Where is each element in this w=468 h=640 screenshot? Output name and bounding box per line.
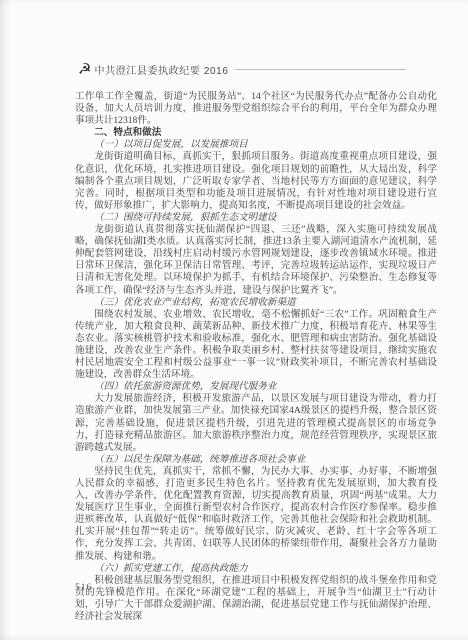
header-title: 中共澄江县委执政纪要 2016: [94, 62, 228, 77]
paragraph: 围绕农村发展、农业增效、农民增收，毫不松懈抓好“三农”工作。巩固粮食生产传统产业…: [75, 309, 437, 382]
paragraph: 龙街街道认真贯彻落实抚仙湖保护“四退、三还”战略，深入实施可持续发展战略，确保抚…: [75, 224, 437, 297]
subsection-heading-5: （五）以民生保障为基础，统筹推进各项社会事业: [75, 454, 437, 466]
paragraph-continued: 工作单工作全覆盖，街道“为民服务站”、14个社区“为民服务代办点”配备办公自动化…: [75, 91, 437, 127]
page-header: ☭ 中共澄江县委执政纪要 2016: [78, 60, 406, 78]
page-number: 516: [75, 583, 92, 593]
paragraph: 大力发展旅游经济，积极开发旅游产品，以景区发展与项目建设为带动，着力打造旅游产业…: [75, 393, 437, 453]
paragraph: 积极创建基层服务型党组织，在推进项目中积极发挥党组织的战斗堡垒作用和党员的先锋模…: [75, 575, 437, 623]
section-heading: 二、特点和做法: [75, 127, 437, 139]
page-footer: 516: [75, 583, 92, 593]
header-rule: [235, 69, 406, 70]
page-body: 工作单工作全覆盖，街道“为民服务站”、14个社区“为民服务代办点”配备办公自动化…: [75, 91, 437, 623]
subsection-heading-1: （一）以项目促发展，以发展推项目: [75, 139, 437, 151]
paragraph: 龙街街道明确目标，真抓实干，狠抓项目服务。街道高度重视重点项目建设，强化意识，优…: [75, 151, 437, 211]
subsection-heading-3: （三）优化农业产业结构，拓宽农民增收新渠道: [75, 297, 437, 309]
book-page: ☭ 中共澄江县委执政纪要 2016 工作单工作全覆盖，街道“为民服务站”、14个…: [0, 0, 468, 640]
subsection-heading-6: （六）抓实党建工作，提高执政能力: [75, 563, 437, 575]
subsection-heading-4: （四）依托旅游资源优势，发展现代服务业: [75, 381, 437, 393]
paragraph: 坚持民生优先，真抓实干，常抓不懈，为民办大事、办实事、办好事，不断增强人民群众的…: [75, 466, 437, 563]
party-emblem-icon: ☭: [78, 62, 91, 77]
subsection-heading-2: （二）围绕可持续发展，狠抓生态文明建设: [75, 212, 437, 224]
